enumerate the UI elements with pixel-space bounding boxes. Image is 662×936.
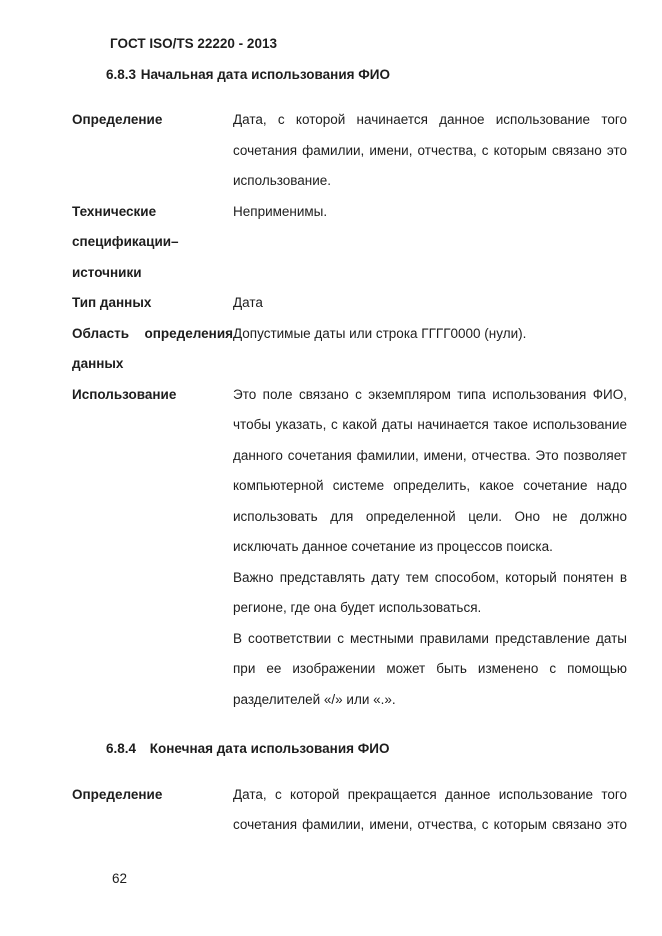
- row-value-tech-specs: Неприменимы.: [233, 197, 627, 228]
- page-number: 62: [112, 864, 662, 895]
- row-value-usage: Это поле связано с экземпляром типа испо…: [233, 380, 627, 716]
- row-value-value-domain: Допустимые даты или строка ГГГГ0000 (нул…: [233, 319, 627, 350]
- row-label-opredelenie: Определение: [72, 105, 233, 136]
- value-paragraph: Допустимые даты или строка ГГГГ0000 (нул…: [233, 319, 627, 350]
- definition-row-data-type: Тип данных Дата: [72, 288, 627, 319]
- row-label-data-type: Тип данных: [72, 288, 233, 319]
- value-paragraph: Неприменимы.: [233, 197, 627, 228]
- section-6-8-3: 6.8.3 Начальная дата использования ФИО О…: [0, 60, 662, 716]
- definition-table-6-8-4: Определение Дата, с которой прекращается…: [72, 780, 627, 841]
- definition-row-opredelenie: Определение Дата, с которой начинается д…: [72, 105, 627, 197]
- definition-table-6-8-3: Определение Дата, с которой начинается д…: [72, 105, 627, 715]
- value-paragraph: Дата, с которой прекращается данное испо…: [233, 780, 627, 841]
- document-page: ГОСТ ISO/TS 22220 - 2013 6.8.3 Начальная…: [0, 0, 662, 936]
- definition-row-value-domain: Область определения данных Допустимые да…: [72, 319, 627, 380]
- section-6-8-4-heading: 6.8.4 Конечная дата использования ФИО: [106, 734, 662, 765]
- definition-row-opredelenie-684: Определение Дата, с которой прекращается…: [72, 780, 627, 841]
- value-paragraph: Дата: [233, 288, 627, 319]
- section-6-8-3-title: Начальная дата использования ФИО: [141, 67, 390, 82]
- section-6-8-3-number: 6.8.3: [106, 67, 136, 82]
- section-6-8-4: 6.8.4 Конечная дата использования ФИО Оп…: [0, 734, 662, 841]
- row-label-opredelenie-684: Определение: [72, 780, 233, 811]
- definition-row-tech-specs: Технические спецификации– источники Непр…: [72, 197, 627, 289]
- section-6-8-4-number: 6.8.4: [106, 741, 136, 756]
- row-value-data-type: Дата: [233, 288, 627, 319]
- value-paragraph: Это поле связано с экземпляром типа испо…: [233, 380, 627, 563]
- row-value-opredelenie-684: Дата, с которой прекращается данное испо…: [233, 780, 627, 841]
- document-header: ГОСТ ISO/TS 22220 - 2013: [110, 29, 662, 60]
- row-value-opredelenie: Дата, с которой начинается данное исполь…: [233, 105, 627, 197]
- value-paragraph: В соответствии с местными правилами пред…: [233, 624, 627, 716]
- row-label-tech-specs: Технические спецификации– источники: [72, 197, 233, 289]
- section-6-8-4-title: Конечная дата использования ФИО: [150, 741, 390, 756]
- value-paragraph: Важно представлять дату тем способом, ко…: [233, 563, 627, 624]
- section-6-8-3-heading: 6.8.3 Начальная дата использования ФИО: [106, 60, 662, 91]
- value-paragraph: Дата, с которой начинается данное исполь…: [233, 105, 627, 197]
- definition-row-usage: Использование Это поле связано с экземпл…: [72, 380, 627, 716]
- row-label-value-domain: Область определения данных: [72, 319, 233, 380]
- row-label-usage: Использование: [72, 380, 233, 411]
